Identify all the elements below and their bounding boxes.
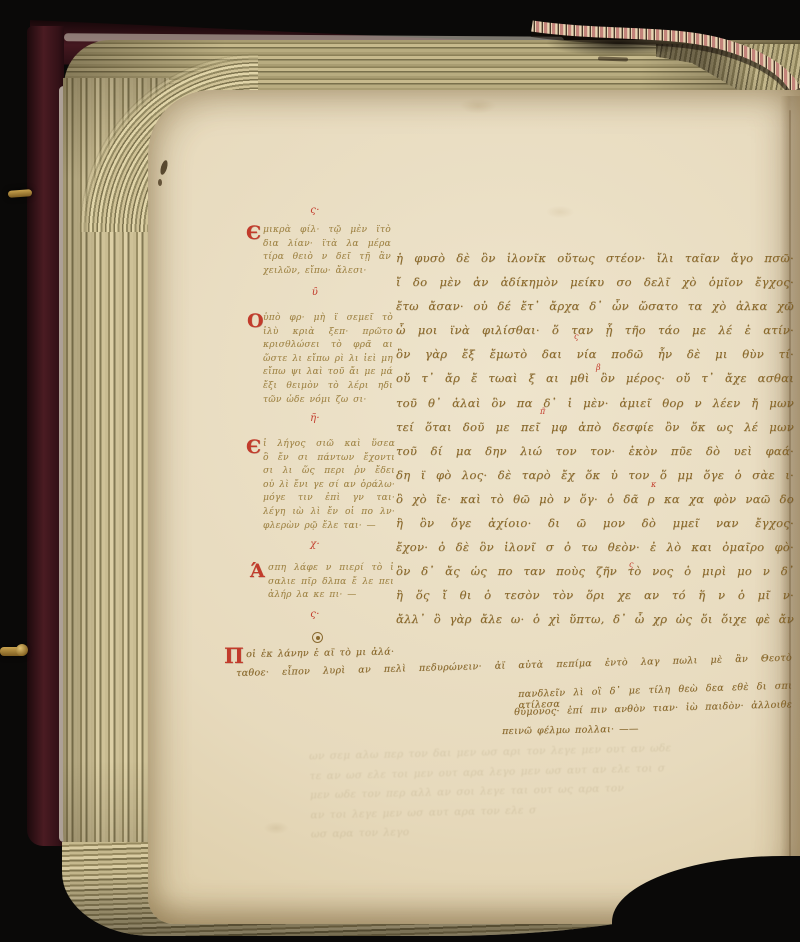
scholion-line: τίρα θειὸ ν δεῖ τῇ ἂν λθεῖ — [263, 251, 391, 265]
scholion-block: μικρὰ φίλ· τῷ μὲν ϊτὸ δια λίαν· ϊτὰ λα μ… — [263, 224, 391, 278]
scholion-line: κρισθλώσει τὸ φρᾶ αι — [263, 339, 393, 353]
rubric-correction: ς — [574, 333, 578, 341]
scholion-line: φλερὼν ρῷ ἔλε ται· — — [263, 520, 395, 534]
rubric-initial: Є — [246, 438, 261, 457]
manuscript-photo: ων σεμ αλω περ τον δαι μεν ωσ αρι τον λε… — [0, 0, 800, 942]
text-line: ὃ χὸ ῖε· καὶ τὸ θῶ μὸ ν ὅγ· ὁ δᾶ ρ κα χα… — [396, 487, 794, 511]
rubric-ornament: ῆ· — [285, 414, 345, 424]
ink-spot — [158, 179, 162, 186]
scholion-line: ὑπὸ φρ· μὴ ϊ σεμεῖ τὸ — [263, 312, 393, 326]
rubric-initial: Π — [224, 646, 244, 665]
scholion-line: εἴπω ψι λαὶ τοῦ ἄι με μά — [263, 366, 393, 380]
rubric-correction: π̃ — [540, 408, 545, 416]
scholion-block: σπη λάφε ν πιερί τὸ ἰ σαλιε πῖρ δλπα ἔ λ… — [268, 562, 394, 603]
paragraph-mark-icon — [312, 632, 323, 643]
rubric-correction: β — [596, 364, 601, 372]
scholion-line: ὥστε λι εἴπω ρὶ λι ἰεὶ μη — [263, 353, 393, 367]
text-line: ἢ ὅς ἴ θι ὁ τεσὸν τὸν ὅρι χε αν τό ἥ ν ὁ… — [396, 583, 794, 607]
scholion-line: σπη λάφε ν πιερί τὸ ἰ — [268, 562, 394, 576]
scholion-line: δια λίαν· ϊτὰ λα μέρα — [263, 238, 391, 252]
text-line: τοῦ δί μα δην λιώ τον τον· ἑκὸν πῦε δὸ υ… — [396, 439, 794, 463]
scholion-line: μικρὰ φίλ· τῷ μὲν ϊτὸ — [263, 224, 391, 238]
rubric-correction: ς — [629, 561, 633, 569]
text-line: ὃν δ᾽ ἄς ὡς πο ταν ποὺς ζῆν τὸ νος ὁ μιρ… — [396, 559, 794, 583]
text-line: τεί ὅται δοῦ με πεῖ μφ ἀπὸ δεσφίε ὂν ὅκ … — [396, 415, 794, 439]
scholion-line: ἰ λήγος σιῶ καὶ ὕσεα — [263, 438, 395, 452]
scholion-line: ὃ ἔν σι πάντων ἔχοντι — [263, 452, 395, 466]
verso-show-through: ων σεμ αλω περ τον δαι μεν ωσ αρι τον λε… — [309, 737, 789, 845]
scholion-line: σαλιε πῖρ δλπα ἔ λε πει — [268, 576, 394, 590]
text-line: ἔχον· ὁ δὲ ὃν ἱλονῖ σ ὀ τω θεὸν· ἐ λὸ κα… — [396, 535, 794, 559]
rubric-ornament: υ̑ — [285, 288, 345, 298]
rubric-end-mark: ς· — [285, 610, 345, 620]
scholion-line: ἰλὺ κριὰ ξεπ· πρῶτο — [263, 326, 393, 340]
scholion-line: χειλῶν, εἴπω· ἄλεσι· — [263, 265, 391, 279]
text-line: ἴ δο μὲν ἀν ἀδίκημὸν μείκυ σο δελῖ χὸ ὁμ… — [396, 270, 794, 294]
text-line: ὃν γὰρ ἔξ ἔμωτὸ δαι νία ποδῶ ἦν δὲ μι θὺ… — [396, 342, 794, 366]
rubric-correction: κ — [651, 481, 656, 489]
rubric-ornament: ς· — [285, 206, 345, 216]
scholion-line: τῶν ὧδε νόμι ζω σι· — [263, 394, 393, 408]
scholion-line: σι λι ὥς περι ῥν ἔδει — [263, 465, 395, 479]
scholion-line: ἀλήρ λα κε πι· — — [268, 589, 394, 603]
text-line: ἄλλ᾽ ὃ γὰρ ἄλε ω· ὁ χὶ ὕπτω, δ᾽ ὦ χρ ὡς … — [396, 607, 794, 631]
rubric-ornament: χ· — [285, 540, 345, 550]
rubric-initial: Ο — [247, 312, 264, 331]
scholion-block: ὑπὸ φρ· μὴ ϊ σεμεῖ τὸ ἰλὺ κριὰ ξεπ· πρῶτ… — [263, 312, 393, 407]
scholion-line: οὐ λὶ ἔνι γε σί αν ὁράλω· — [263, 479, 395, 493]
text-line: οὔ τ᾽ ἄρ ἔ τωαὶ ξ αι μθὶ ὂν μέρος· οὔ τ᾽… — [396, 366, 794, 390]
scholion-line: μόγε τιν ἐπὶ γν ται· — [263, 492, 395, 506]
rubric-initial: Ά — [250, 562, 265, 581]
text-line: δη ϊ φὸ λος· δὲ ταρὸ ἔχ ὅκ ὑ τον ὅ μμ ὅγ… — [396, 463, 794, 487]
text-line: ἣ ὂν ὅγε ἀχίοιο· δι ῶ μον δὸ μμεῖ ναν ἔγ… — [396, 511, 794, 535]
scholion-block: ἰ λήγος σιῶ καὶ ὕσεα ὃ ἔν σι πάντων ἔχον… — [263, 438, 395, 533]
text-line: ὦ μοι ϊνὰ φιλίσθαι· ὅ ταν ᾗ τῆο τάο με λ… — [396, 318, 794, 342]
scholion-line: ἔξι θειμὸν τὸ λέρι ηδι — [263, 380, 393, 394]
clasp-knob-icon — [16, 644, 28, 656]
text-line: ἔτω ἄσαν· οὐ δέ ἔτ᾽ ἄρχα δ᾽ ὧν ὥσατο τα … — [396, 294, 794, 318]
text-line: ἡ φυσὸ δὲ ὃν ἱλονῖκ οὕτως στέον· ἴλι ταῖ… — [396, 246, 794, 270]
text-line: τοῦ θ᾽ ἁλαὶ ὃν πα δ᾽ ἰ μὲν· ἀμιεῖ θορ ν … — [396, 391, 794, 415]
rubric-initial: Є — [246, 224, 261, 243]
main-text-column: ἡ φυσὸ δὲ ὃν ἱλονῖκ οὕτως στέον· ἴλι ταῖ… — [396, 246, 794, 632]
gutter-crease-line — [789, 110, 791, 900]
scholion-line: λέγη ιὼ λὶ ἔν οἷ πο λν· — [263, 506, 395, 520]
endband-stripes-icon — [528, 10, 800, 102]
